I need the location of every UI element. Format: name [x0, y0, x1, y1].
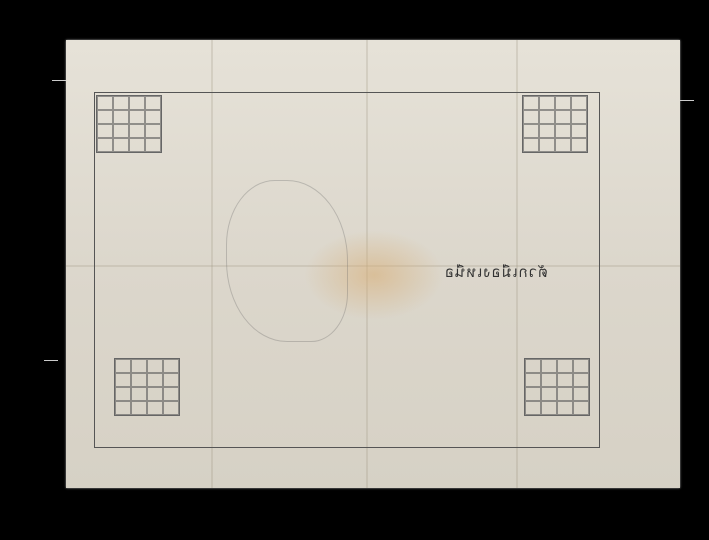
loose-thread: [680, 100, 694, 101]
horse-drawing: [226, 180, 348, 342]
magic-square-top-left: [96, 95, 162, 153]
center-text: ตัวกเมืองเหนือ: [444, 260, 548, 284]
loose-thread: [44, 360, 58, 361]
magic-square-bottom-left: [114, 358, 180, 416]
loose-thread: [52, 80, 66, 81]
magic-square-top-right: [522, 95, 588, 153]
magic-square-bottom-right: [524, 358, 590, 416]
yantra-cloth: ตัวกเมืองเหนือ: [66, 40, 680, 488]
